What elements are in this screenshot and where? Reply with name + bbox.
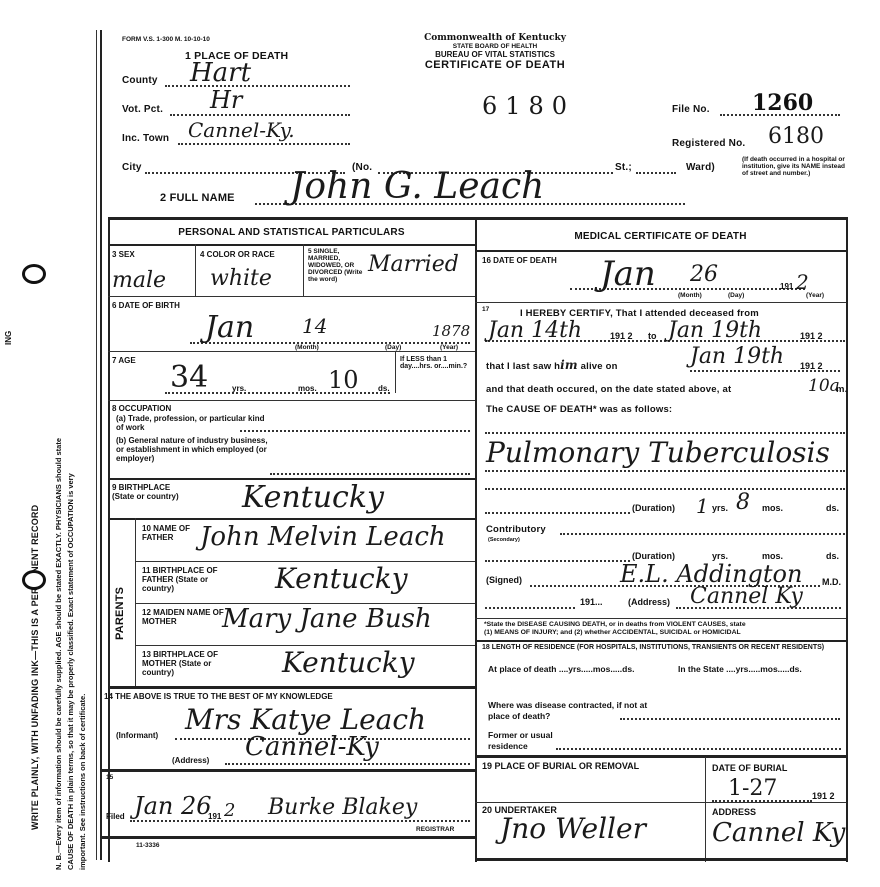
binding-hole-bottom (22, 570, 46, 590)
dob-year: 1878 (432, 322, 470, 340)
undertaker-address-label: ADDRESS (712, 808, 756, 817)
section-divider (108, 217, 848, 220)
rule (108, 518, 475, 520)
dod-day: 26 (690, 262, 718, 287)
rule (475, 618, 846, 619)
note-line-1: N. B.—Every item of information should b… (54, 438, 63, 870)
rule (475, 858, 846, 861)
attended-from-date: Jan 14th (488, 318, 582, 343)
dob-day: 14 (302, 314, 327, 338)
inc-town-line (178, 143, 350, 145)
father-birthplace-value: Kentucky (275, 562, 408, 595)
contributory-label: Contributory (486, 524, 546, 535)
form-right-border (846, 217, 848, 862)
birthplace-value: Kentucky (242, 480, 384, 515)
full-name-value: John G. Leach (290, 166, 544, 207)
note-line-2: CAUSE OF DEATH in plain terms, so that i… (66, 473, 75, 870)
last-saw-text: that I last saw him alive on (486, 358, 618, 372)
filed-year-suffix: 2 (224, 800, 235, 821)
occupation-b-line (270, 473, 470, 475)
city-label: City (122, 162, 142, 173)
parents-label: PARENTS (114, 587, 126, 640)
rule (108, 400, 475, 401)
full-name-label: 2 FULL NAME (160, 192, 235, 204)
rule (475, 302, 846, 303)
margin-rule-bold (100, 30, 102, 860)
attended-to-date: Jan 19th (668, 318, 762, 343)
duration-mos-caption: mos. (762, 504, 783, 513)
rule (475, 802, 846, 803)
certificate-title: CERTIFICATE OF DEATH (370, 59, 620, 71)
county-value: Hart (190, 58, 251, 88)
physician-address-label: (Address) (628, 598, 670, 607)
registered-no-label: Registered No. (672, 138, 745, 149)
age-days: 10 (328, 366, 359, 394)
mother-name-value: Mary Jane Bush (222, 604, 432, 634)
secondary-label: (Secondary) (488, 537, 520, 544)
inc-town-value: Cannel-Ky. (188, 118, 295, 142)
month-caption: (Month) (295, 344, 319, 351)
residence-heading: 18 LENGTH OF RESIDENCE (FOR HOSPITALS, I… (482, 644, 842, 651)
cause-line-3 (485, 488, 845, 490)
registrar-signature: Burke Blakey (268, 795, 417, 820)
mother-birthplace-label: 13 BIRTHPLACE OF MOTHER (State or countr… (142, 650, 227, 677)
father-name-value: John Melvin Leach (200, 522, 446, 552)
rule (195, 244, 196, 296)
rule (705, 757, 706, 862)
rule (395, 351, 396, 393)
binding-fragment: ING (4, 331, 13, 345)
dod-year-prefix: 191 (780, 282, 793, 291)
file-no-label: File No. (672, 104, 710, 115)
file-no-value: 1260 (752, 90, 813, 116)
residence-in-state: In the State ....yrs.....mos.....ds. (678, 664, 843, 674)
rule (475, 640, 846, 642)
attended-from-year: 191 2 (610, 332, 633, 341)
board-name: STATE BOARD OF HEALTH (370, 43, 620, 50)
handwritten-cert-number: 6180 (482, 92, 575, 120)
residence-at-place: At place of death ....yrs.....mos.....ds… (488, 664, 668, 674)
filed-date: Jan 26 (134, 792, 212, 820)
burial-place-label: 19 PLACE OF BURIAL OR REMOVAL (482, 762, 639, 771)
form-number: FORM V.S. 1-300 M. 10-10-10 (122, 36, 210, 43)
rule (475, 755, 846, 758)
vot-pct-line (170, 114, 350, 116)
to-label: to (648, 332, 657, 341)
duration-ds-caption: ds. (826, 504, 839, 513)
age-label: 7 AGE (112, 356, 136, 365)
cause-line-2 (485, 470, 845, 472)
duration-years: 1 (696, 494, 709, 518)
sex-value: male (112, 268, 166, 293)
bureau-name: BUREAU OF VITAL STATISTICS (370, 50, 620, 59)
duration-yrs-caption: yrs. (712, 504, 728, 513)
margin-rule (96, 30, 97, 860)
dod-year-caption: (Year) (806, 292, 824, 299)
alive-on-text: alive on (581, 361, 618, 372)
informant-heading: 14 THE ABOVE IS TRUE TO THE BEST OF MY K… (104, 692, 333, 701)
rule (108, 686, 475, 689)
cause-value: Pulmonary Tuberculosis (486, 436, 830, 469)
cause-label: The CAUSE OF DEATH* was as follows: (486, 404, 672, 415)
signed-date-prefix: 191... (580, 598, 603, 607)
footnote-line-1: *State the DISEASE CAUSING DEATH, or in … (484, 621, 746, 628)
death-occurred-text: and that death occured, on the date stat… (486, 384, 731, 395)
note-line-3: important. See instructions on back of c… (78, 694, 87, 870)
street-label: St.; (615, 162, 632, 173)
undertaker-address: Cannel Ky (712, 818, 845, 848)
contributory-ds-caption: ds. (826, 552, 839, 561)
rule (303, 244, 304, 296)
last-saw-prefix: that I last saw h (486, 361, 560, 372)
rule (135, 518, 136, 686)
medical-heading: MEDICAL CERTIFICATE OF DEATH (475, 231, 846, 242)
rule (108, 296, 475, 297)
burial-date-label: DATE OF BURIAL (712, 764, 787, 773)
dod-label: 16 DATE OF DEATH (482, 256, 557, 265)
ward-label: Ward) (686, 162, 715, 173)
md-label: M.D. (822, 578, 841, 587)
mos-caption: mos. (298, 384, 317, 393)
race-value: white (210, 266, 272, 291)
rule (108, 351, 475, 352)
where-contracted-line (620, 718, 840, 720)
dob-label: 6 DATE OF BIRTH (112, 301, 180, 310)
form-left-border (108, 217, 110, 862)
day-caption: (Day) (385, 344, 401, 351)
registrar-label: REGISTRAR (416, 826, 454, 833)
dod-month-caption: (Month) (678, 292, 702, 299)
mother-birthplace-value: Kentucky (282, 646, 415, 679)
physician-address: Cannel Ky (690, 584, 803, 609)
age-years: 34 (170, 360, 208, 395)
sex-label: 3 SEX (112, 250, 135, 259)
contributory-line (560, 533, 845, 535)
yrs-caption: yrs. (232, 384, 246, 393)
father-birthplace-label: 11 BIRTHPLACE OF FATHER (State or countr… (142, 566, 227, 593)
duration-months: 8 (736, 490, 750, 515)
dod-year-suffix: 2 (796, 270, 809, 294)
certify-num: 17 (482, 306, 489, 313)
filed-num: 15 (106, 774, 113, 781)
st-line (636, 172, 676, 174)
informant-address-value: Cannel-Ky (245, 732, 379, 762)
contributory-duration-line (485, 560, 630, 562)
duration-label: (Duration) (632, 504, 675, 513)
dob-month: Jan (205, 310, 254, 345)
birthplace-label: 9 BIRTHPLACE (State or country) (112, 483, 192, 501)
last-saw-him: im (560, 358, 578, 372)
former-residence-label: Former or usual residence (488, 730, 558, 752)
occupation-label: 8 OCCUPATION (112, 404, 171, 413)
column-divider (475, 217, 477, 862)
death-time: 10a (808, 376, 840, 396)
informant-address-label: (Address) (172, 756, 209, 765)
inc-town-label: Inc. Town (122, 133, 169, 144)
last-saw-date: Jan 19th (690, 344, 784, 369)
rule (108, 244, 475, 246)
hospital-note: (If death occurred in a hospital or inst… (742, 156, 852, 177)
mother-name-label: 12 MAIDEN NAME OF MOTHER (142, 608, 227, 626)
occupation-a-line (240, 430, 470, 432)
race-label: 4 COLOR OR RACE (200, 250, 275, 259)
marital-label: 5 SINGLE, MARRIED, WIDOWED, OR DIVORCED … (308, 248, 368, 283)
write-plainly-note: WRITE PLAINLY, WITH UNFADING INK—THIS IS… (30, 505, 40, 830)
registered-no-value: 6180 (768, 124, 824, 149)
burial-date: 1-27 (728, 776, 777, 801)
vot-pct-label: Vot. Pct. (122, 104, 163, 115)
certificate-header: Commonwealth of Kentucky STATE BOARD OF … (370, 33, 620, 71)
state-name: Commonwealth of Kentucky (370, 33, 620, 43)
marital-value: Married (368, 252, 459, 277)
attended-to-year: 191 2 (800, 332, 823, 341)
binding-hole-top (22, 264, 46, 284)
dod-day-caption: (Day) (728, 292, 744, 299)
county-label: County (122, 75, 158, 86)
form-footer: 11-3336 (136, 842, 160, 849)
footnote-line-2: (1) MEANS OF INJURY; and (2) whether ACC… (484, 629, 741, 636)
rule (475, 250, 846, 252)
vot-pct-value: Hr (210, 86, 242, 114)
signed-date-line (485, 607, 575, 609)
filed-year-prefix: 191 (208, 812, 221, 821)
less-than-day-label: If LESS than 1 day....hrs. or....min.? (400, 356, 472, 370)
rule (100, 769, 475, 772)
filed-label: Filed (106, 812, 125, 821)
cause-line-1 (485, 432, 845, 434)
signed-label: (Signed) (486, 576, 522, 585)
father-name-label: 10 NAME OF FATHER (142, 524, 202, 542)
personal-heading: PERSONAL AND STATISTICAL PARTICULARS (108, 227, 475, 238)
former-residence-line (556, 748, 841, 750)
rule (100, 836, 475, 839)
burial-year: 191 2 (812, 792, 835, 801)
duration-line (485, 512, 630, 514)
last-saw-year: 191 2 (800, 362, 823, 371)
occupation-b-label: (b) General nature of industry business,… (116, 436, 276, 463)
informant-label: (Informant) (116, 731, 158, 740)
year-caption: (Year) (440, 344, 458, 351)
filed-line (130, 820, 470, 822)
undertaker-value: Jno Weller (500, 812, 646, 845)
informant-address-line (225, 763, 470, 765)
dod-month: Jan (600, 254, 656, 294)
ds-caption: ds. (378, 384, 390, 393)
death-time-suffix: m. (836, 384, 848, 395)
